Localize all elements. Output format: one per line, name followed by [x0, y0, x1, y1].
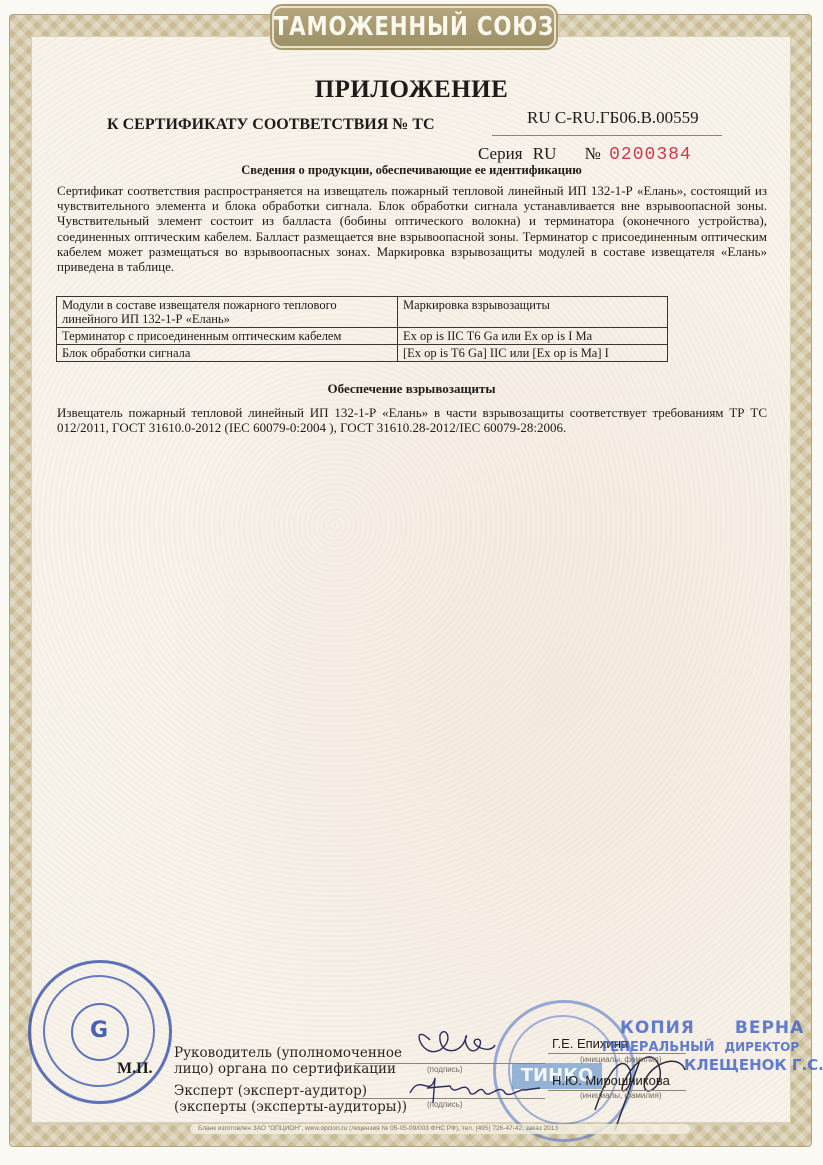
product-info-heading: Сведения о продукции, обеспечивающие ее … — [0, 163, 823, 178]
series-value: RU — [533, 144, 557, 163]
product-info-paragraph: Сертификат соответствия распространяется… — [57, 183, 767, 274]
table-cell: Блок обработки сигнала — [57, 345, 398, 362]
banner-text: ТАМОЖЕННЫЙ СОЮЗ — [274, 12, 554, 42]
head-name-hint: (инициалы, фамилия) — [580, 1055, 662, 1064]
certification-body-seal: G — [28, 960, 172, 1104]
expert-signature — [405, 1068, 555, 1108]
certificate-number-underline — [492, 135, 722, 136]
page-title: ПРИЛОЖЕНИЕ — [0, 76, 823, 104]
customs-union-banner: ТАМОЖЕННЫЙ СОЮЗ — [272, 6, 556, 48]
copy-stamp-word: ГЕНЕРАЛЬНЫЙ — [602, 1040, 714, 1055]
explosion-protection-heading: Обеспечение взрывозащиты — [0, 381, 823, 397]
table-cell: [Ex op is T6 Ga] IIC или [Ex op is Ma] I — [398, 345, 668, 362]
copy-stamp-line2: ГЕНЕРАЛЬНЫЙДИРЕКТОР — [602, 1040, 799, 1055]
expert-role-line: (эксперты (эксперты-аудиторы)) — [174, 1099, 407, 1115]
copy-stamp-word: ДИРЕКТОР — [724, 1040, 799, 1054]
table-header-cell: Маркировка взрывозащиты — [398, 297, 668, 328]
copy-stamp-word: ВЕРНА — [735, 1018, 804, 1038]
explosion-marking-table: Модули в составе извещателя пожарного те… — [56, 296, 668, 362]
head-signature — [400, 1010, 500, 1070]
expert-role-line: Эксперт (эксперт-аудитор) — [174, 1083, 407, 1099]
seal-logo-icon: G — [83, 1015, 115, 1047]
copy-stamp-line3: КЛЕЩЕНОК Г.С. — [684, 1056, 823, 1074]
number-sign: № — [585, 144, 601, 163]
explosion-protection-paragraph: Извещатель пожарный тепловой линейный ИП… — [57, 405, 767, 435]
table-cell: Ex op is IIC T6 Ga или Ex op is I Ma — [398, 328, 668, 345]
table-row: Терминатор с присоединенным оптическим к… — [57, 328, 668, 345]
head-role-line: Руководитель (уполномоченное — [174, 1045, 402, 1061]
table-row: Блок обработки сигнала [Ex op is T6 Ga] … — [57, 345, 668, 362]
certificate-label: К СЕРТИФИКАТУ СООТВЕТСТВИЯ № ТС — [107, 116, 435, 134]
table-header-row: Модули в составе извещателя пожарного те… — [57, 297, 668, 328]
head-role-label: Руководитель (уполномоченное лицо) орган… — [174, 1045, 402, 1077]
form-number: 0200384 — [609, 145, 692, 165]
table-header-cell: Модули в составе извещателя пожарного те… — [57, 297, 398, 328]
expert-name-hint: (инициалы, фамилия) — [580, 1091, 662, 1100]
table-cell: Терминатор с присоединенным оптическим к… — [57, 328, 398, 345]
seal-place-label: М.П. — [117, 1060, 153, 1078]
expert-name: Н.Ю. Мирошникова — [552, 1073, 670, 1088]
series-label: Серия — [478, 144, 523, 163]
copy-stamp-line1: КОПИЯВЕРНА — [620, 1018, 804, 1038]
expert-role-label: Эксперт (эксперт-аудитор) (эксперты (экс… — [174, 1083, 407, 1115]
printer-note-band: Бланк изготовлен ЗАО "ОПЦИОН", www.opcio… — [190, 1124, 690, 1134]
copy-stamp-word: КОПИЯ — [620, 1018, 695, 1038]
series-line: Серия RU № 0200384 — [478, 144, 692, 165]
certificate-number: RU C-RU.ГБ06.В.00559 — [527, 108, 699, 128]
printer-note: Бланк изготовлен ЗАО "ОПЦИОН", www.opcio… — [198, 1124, 558, 1134]
